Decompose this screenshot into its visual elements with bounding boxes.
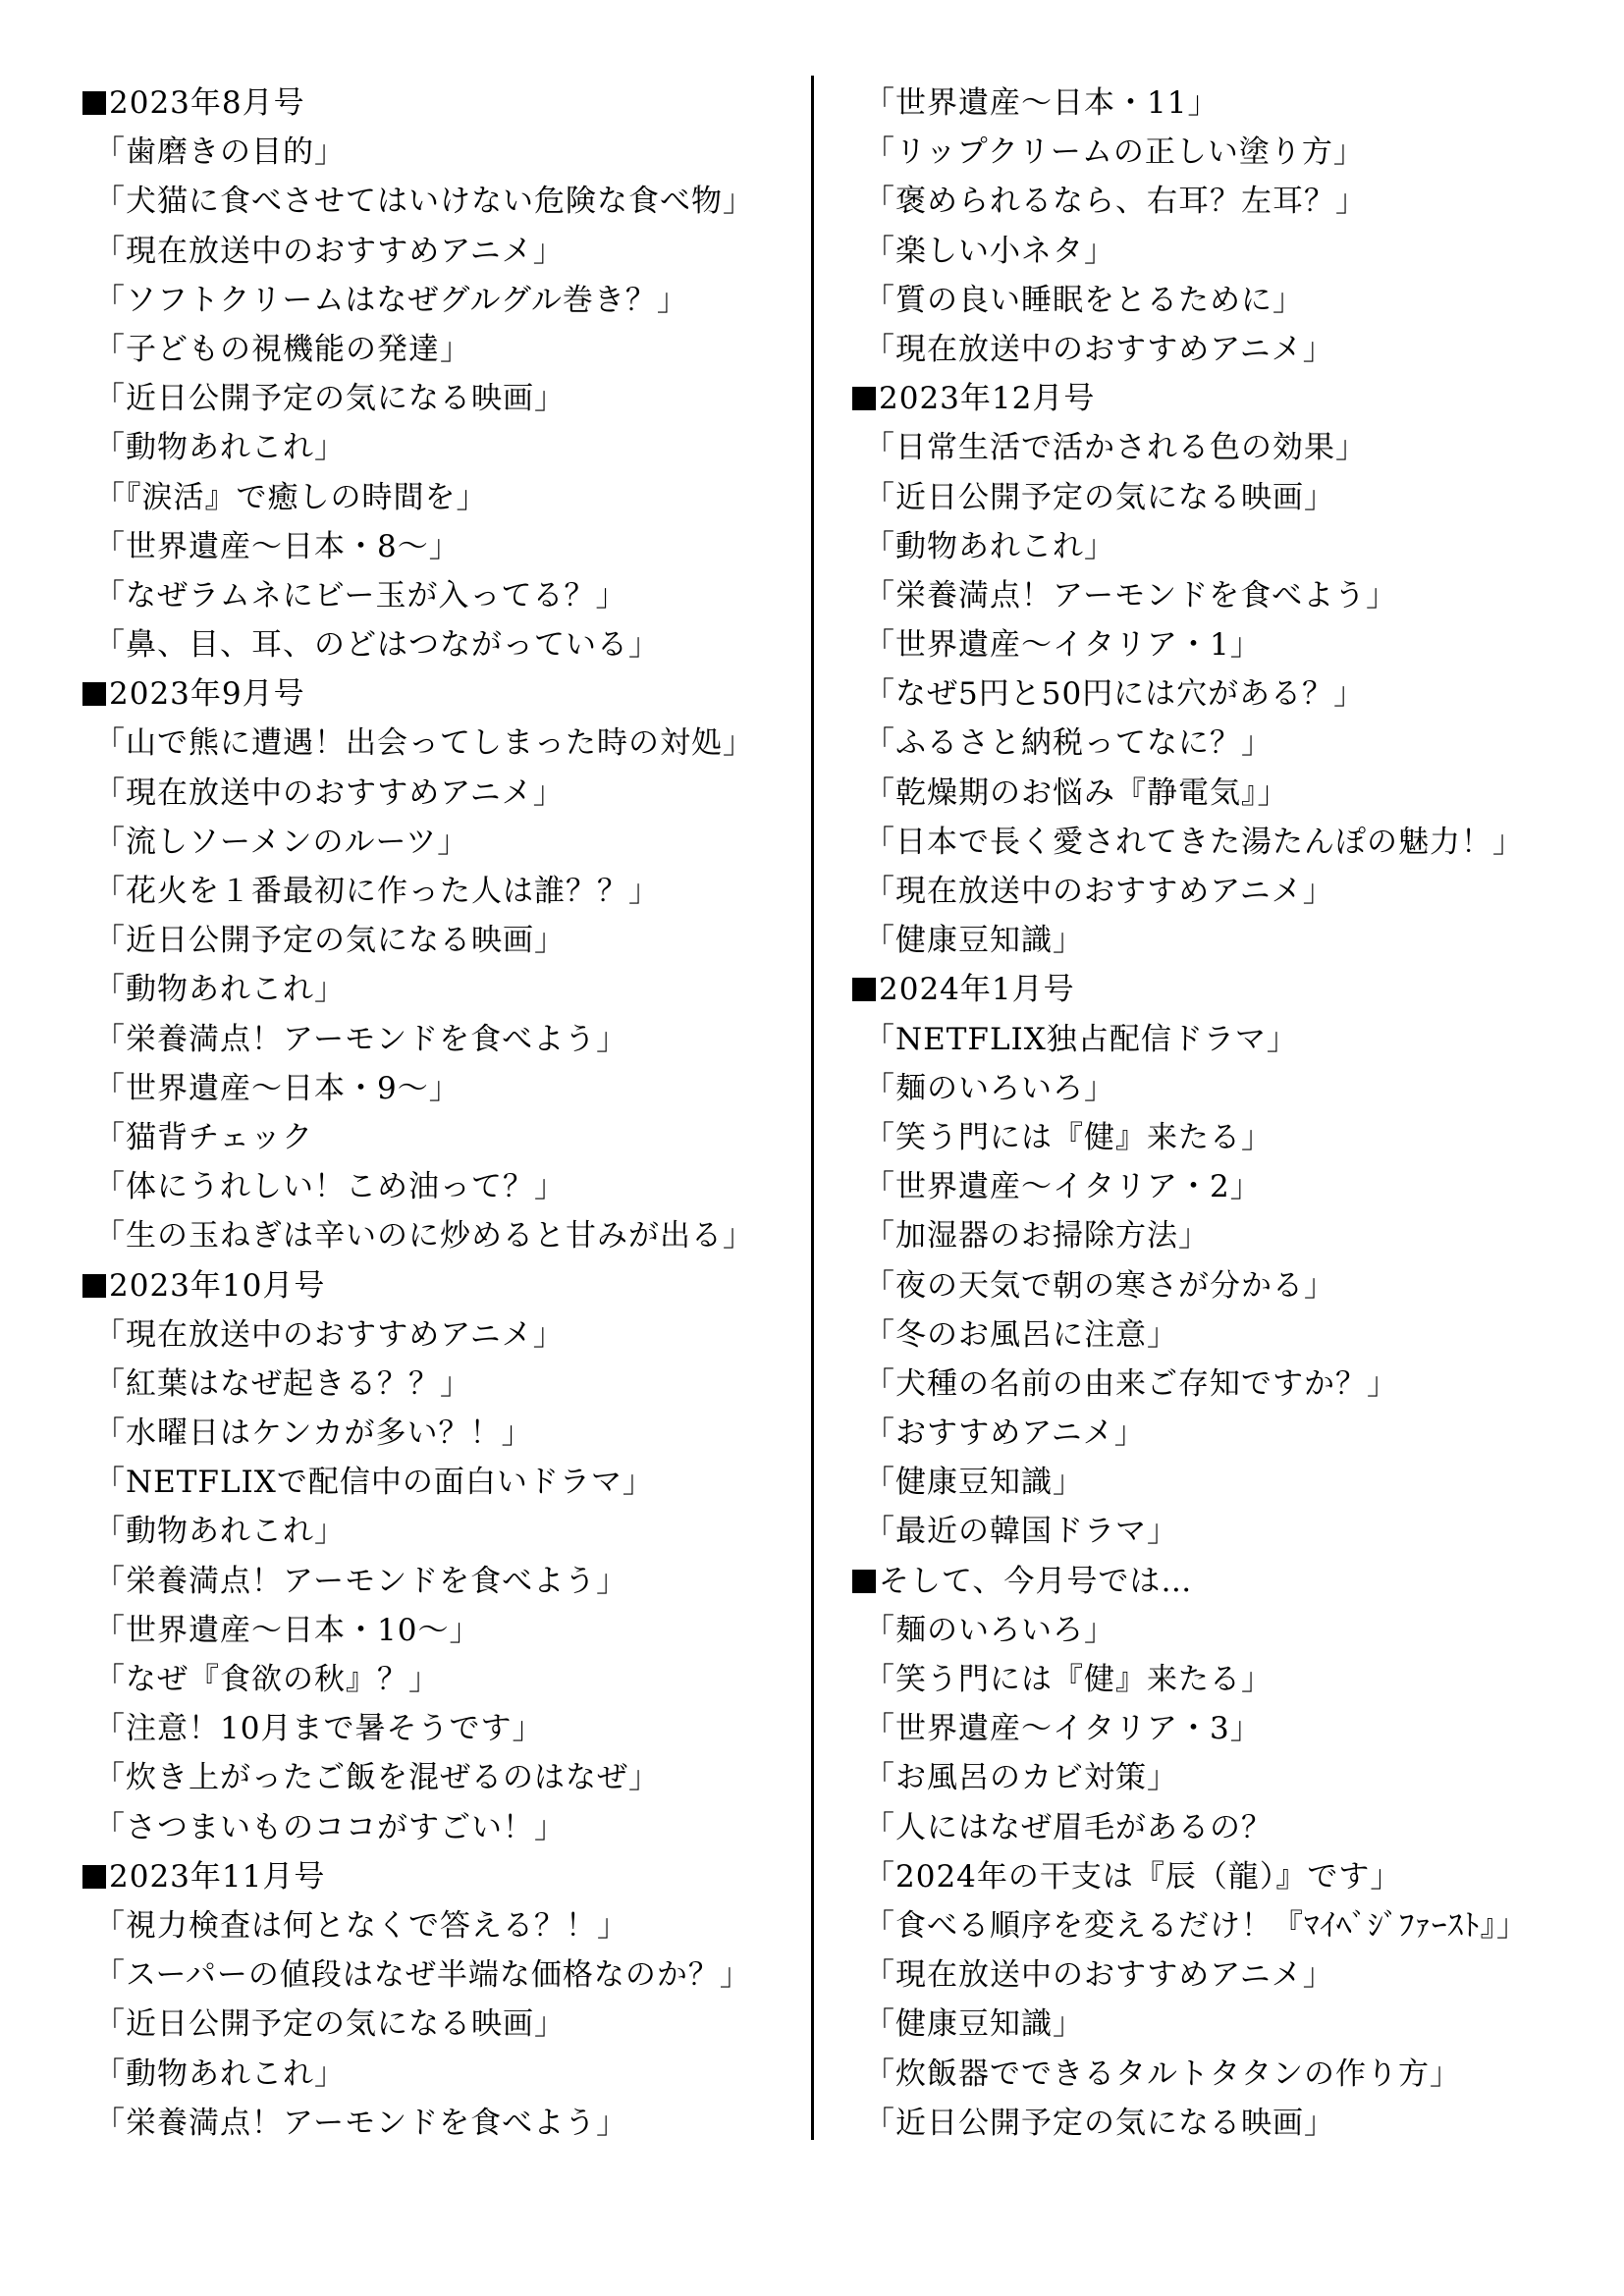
right-column: 「世界遺産～日本・11」「リップクリームの正しい塗り方」「褒められるなら、右耳？…	[852, 79, 1579, 2148]
article-title: 「犬猫に食べさせてはいけない危険な食べ物」	[82, 177, 799, 226]
black-square-bullet-icon	[82, 682, 106, 706]
article-title: 「人にはなぜ眉毛があるの？	[852, 1803, 1579, 1852]
black-square-bullet-icon	[82, 1274, 106, 1298]
article-title: 「動物あれこれ」	[82, 1507, 799, 1556]
article-title: 「スーパーの値段はなぜ半端な価格なのか？」	[82, 1950, 799, 2000]
left-column: 2023年8月号「歯磨きの目的」「犬猫に食べさせてはいけない危険な食べ物」「現在…	[82, 79, 799, 2148]
article-title: 「水曜日はケンカが多い？！」	[82, 1409, 799, 1458]
article-title: 「近日公開予定の気になる映画」	[82, 2000, 799, 2049]
issue-heading-text: 2024年1月号	[879, 972, 1075, 1007]
issue-heading: そして、今月号では…	[852, 1557, 1579, 1606]
article-title: 「視力検査は何となくで答える？！」	[82, 1901, 799, 1950]
article-title: 「栄養満点！アーモンドを食べよう」	[82, 2099, 799, 2148]
article-title: 「世界遺産～日本・9～」	[82, 1064, 799, 1113]
article-title: 「おすすめアニメ」	[852, 1409, 1579, 1458]
article-title: 「世界遺産～イタリア・1」	[852, 620, 1579, 669]
article-title: 「2024年の干支は『辰（龍）』です」	[852, 1852, 1579, 1901]
issue-heading: 2023年12月号	[852, 374, 1579, 423]
issue-heading: 2023年10月号	[82, 1261, 799, 1310]
article-title: 「リップクリームの正しい塗り方」	[852, 128, 1579, 177]
article-title: 「近日公開予定の気になる映画」	[82, 374, 799, 423]
article-title: 「現在放送中のおすすめアニメ」	[852, 867, 1579, 916]
article-title: 「日常生活で活かされる色の効果」	[852, 423, 1579, 472]
article-title: 「世界遺産～日本・11」	[852, 79, 1579, 128]
article-title: 「麺のいろいろ」	[852, 1064, 1579, 1113]
issue-heading: 2024年1月号	[852, 965, 1579, 1014]
article-title: 「お風呂のカビ対策」	[852, 1753, 1579, 1802]
article-title: 「ソフトクリームはなぜグルグル巻き？」	[82, 276, 799, 325]
article-title: 「世界遺産～イタリア・2」	[852, 1162, 1579, 1211]
column-divider	[811, 76, 814, 2140]
article-title: 「日本で長く愛されてきた湯たんぽの魅力！」	[852, 818, 1579, 867]
issue-heading-text: 2023年12月号	[879, 381, 1095, 416]
article-title: 「世界遺産～イタリア・3」	[852, 1704, 1579, 1753]
document-page: 2023年8月号「歯磨きの目的」「犬猫に食べさせてはいけない危険な食べ物」「現在…	[0, 0, 1624, 2296]
article-title: 「世界遺産～日本・8～」	[82, 522, 799, 571]
article-title: 「近日公開予定の気になる映画」	[852, 473, 1579, 522]
article-title: 「世界遺産～日本・10～」	[82, 1606, 799, 1655]
article-title: 「現在放送中のおすすめアニメ」	[852, 1950, 1579, 2000]
article-title: 「『涙活』で癒しの時間を」	[82, 473, 799, 522]
article-title: 「動物あれこれ」	[82, 2050, 799, 2099]
article-title: 「炊飯器でできるタルトタタンの作り方」	[852, 2050, 1579, 2099]
article-title: 「注意！10月まで暑そうです」	[82, 1704, 799, 1753]
article-title: 「現在放送中のおすすめアニメ」	[82, 769, 799, 818]
article-title: 「現在放送中のおすすめアニメ」	[82, 1310, 799, 1360]
black-square-bullet-icon	[82, 91, 106, 115]
issue-heading-text: 2023年11月号	[109, 1859, 325, 1895]
article-title: 「体にうれしい！こめ油って？」	[82, 1162, 799, 1211]
issue-heading: 2023年11月号	[82, 1852, 799, 1901]
issue-heading-text: 2023年9月号	[109, 676, 305, 712]
article-title: 「NETFLIX独占配信ドラマ」	[852, 1015, 1579, 1064]
article-title: 「近日公開予定の気になる映画」	[852, 2099, 1579, 2148]
article-title: 「ふるさと納税ってなに？」	[852, 719, 1579, 768]
black-square-bullet-icon	[82, 1865, 106, 1889]
article-title: 「動物あれこれ」	[852, 522, 1579, 571]
article-title: 「猫背チェック	[82, 1113, 799, 1162]
issue-heading-text: 2023年10月号	[109, 1268, 325, 1304]
black-square-bullet-icon	[852, 387, 876, 410]
article-title: 「乾燥期のお悩み『静電気』」	[852, 769, 1579, 818]
article-title: 「食べる順序を変えるだけ！『ﾏｲﾍﾞｼﾞﾌｧｰｽﾄ』」	[852, 1901, 1579, 1950]
article-title: 「動物あれこれ」	[82, 423, 799, 472]
issue-heading: 2023年9月号	[82, 669, 799, 719]
article-title: 「笑う門には『健』来たる」	[852, 1655, 1579, 1704]
article-title: 「NETFLIXで配信中の面白いドラマ」	[82, 1458, 799, 1507]
issue-heading-text: 2023年8月号	[109, 85, 305, 121]
article-title: 「生の玉ねぎは辛いのに炒めると甘みが出る」	[82, 1211, 799, 1260]
article-title: 「健康豆知識」	[852, 2000, 1579, 2049]
article-title: 「なぜ『食欲の秋』？」	[82, 1655, 799, 1704]
article-title: 「近日公開予定の気になる映画」	[82, 916, 799, 965]
article-title: 「最近の韓国ドラマ」	[852, 1507, 1579, 1556]
black-square-bullet-icon	[852, 1570, 876, 1593]
article-title: 「健康豆知識」	[852, 916, 1579, 965]
black-square-bullet-icon	[852, 978, 876, 1001]
article-title: 「歯磨きの目的」	[82, 128, 799, 177]
article-title: 「麺のいろいろ」	[852, 1606, 1579, 1655]
article-title: 「笑う門には『健』来たる」	[852, 1113, 1579, 1162]
article-title: 「犬種の名前の由来ご存知ですか？」	[852, 1360, 1579, 1409]
article-title: 「炊き上がったご飯を混ぜるのはなぜ」	[82, 1753, 799, 1802]
article-title: 「なぜ5円と50円には穴がある？」	[852, 669, 1579, 719]
article-title: 「栄養満点！アーモンドを食べよう」	[82, 1015, 799, 1064]
article-title: 「質の良い睡眠をとるために」	[852, 276, 1579, 325]
article-title: 「子どもの視機能の発達」	[82, 325, 799, 374]
article-title: 「加湿器のお掃除方法」	[852, 1211, 1579, 1260]
article-title: 「栄養満点！アーモンドを食べよう」	[82, 1557, 799, 1606]
article-title: 「夜の天気で朝の寒さが分かる」	[852, 1261, 1579, 1310]
article-title: 「現在放送中のおすすめアニメ」	[82, 227, 799, 276]
article-title: 「冬のお風呂に注意」	[852, 1310, 1579, 1360]
issue-heading: 2023年8月号	[82, 79, 799, 128]
article-title: 「鼻、目、耳、のどはつながっている」	[82, 620, 799, 669]
article-title: 「紅葉はなぜ起きる？？」	[82, 1360, 799, 1409]
article-title: 「現在放送中のおすすめアニメ」	[852, 325, 1579, 374]
article-title: 「楽しい小ネタ」	[852, 227, 1579, 276]
issue-heading-text: そして、今月号では…	[879, 1564, 1192, 1599]
article-title: 「なぜラムネにビー玉が入ってる？」	[82, 571, 799, 620]
article-title: 「健康豆知識」	[852, 1458, 1579, 1507]
article-title: 「栄養満点！アーモンドを食べよう」	[852, 571, 1579, 620]
article-title: 「山で熊に遭遇！出会ってしまった時の対処」	[82, 719, 799, 768]
article-title: 「さつまいものココがすごい！」	[82, 1803, 799, 1852]
article-title: 「動物あれこれ」	[82, 965, 799, 1014]
article-title: 「流しソーメンのルーツ」	[82, 818, 799, 867]
article-title: 「褒められるなら、右耳？左耳？」	[852, 177, 1579, 226]
article-title: 「花火を１番最初に作った人は誰？？」	[82, 867, 799, 916]
